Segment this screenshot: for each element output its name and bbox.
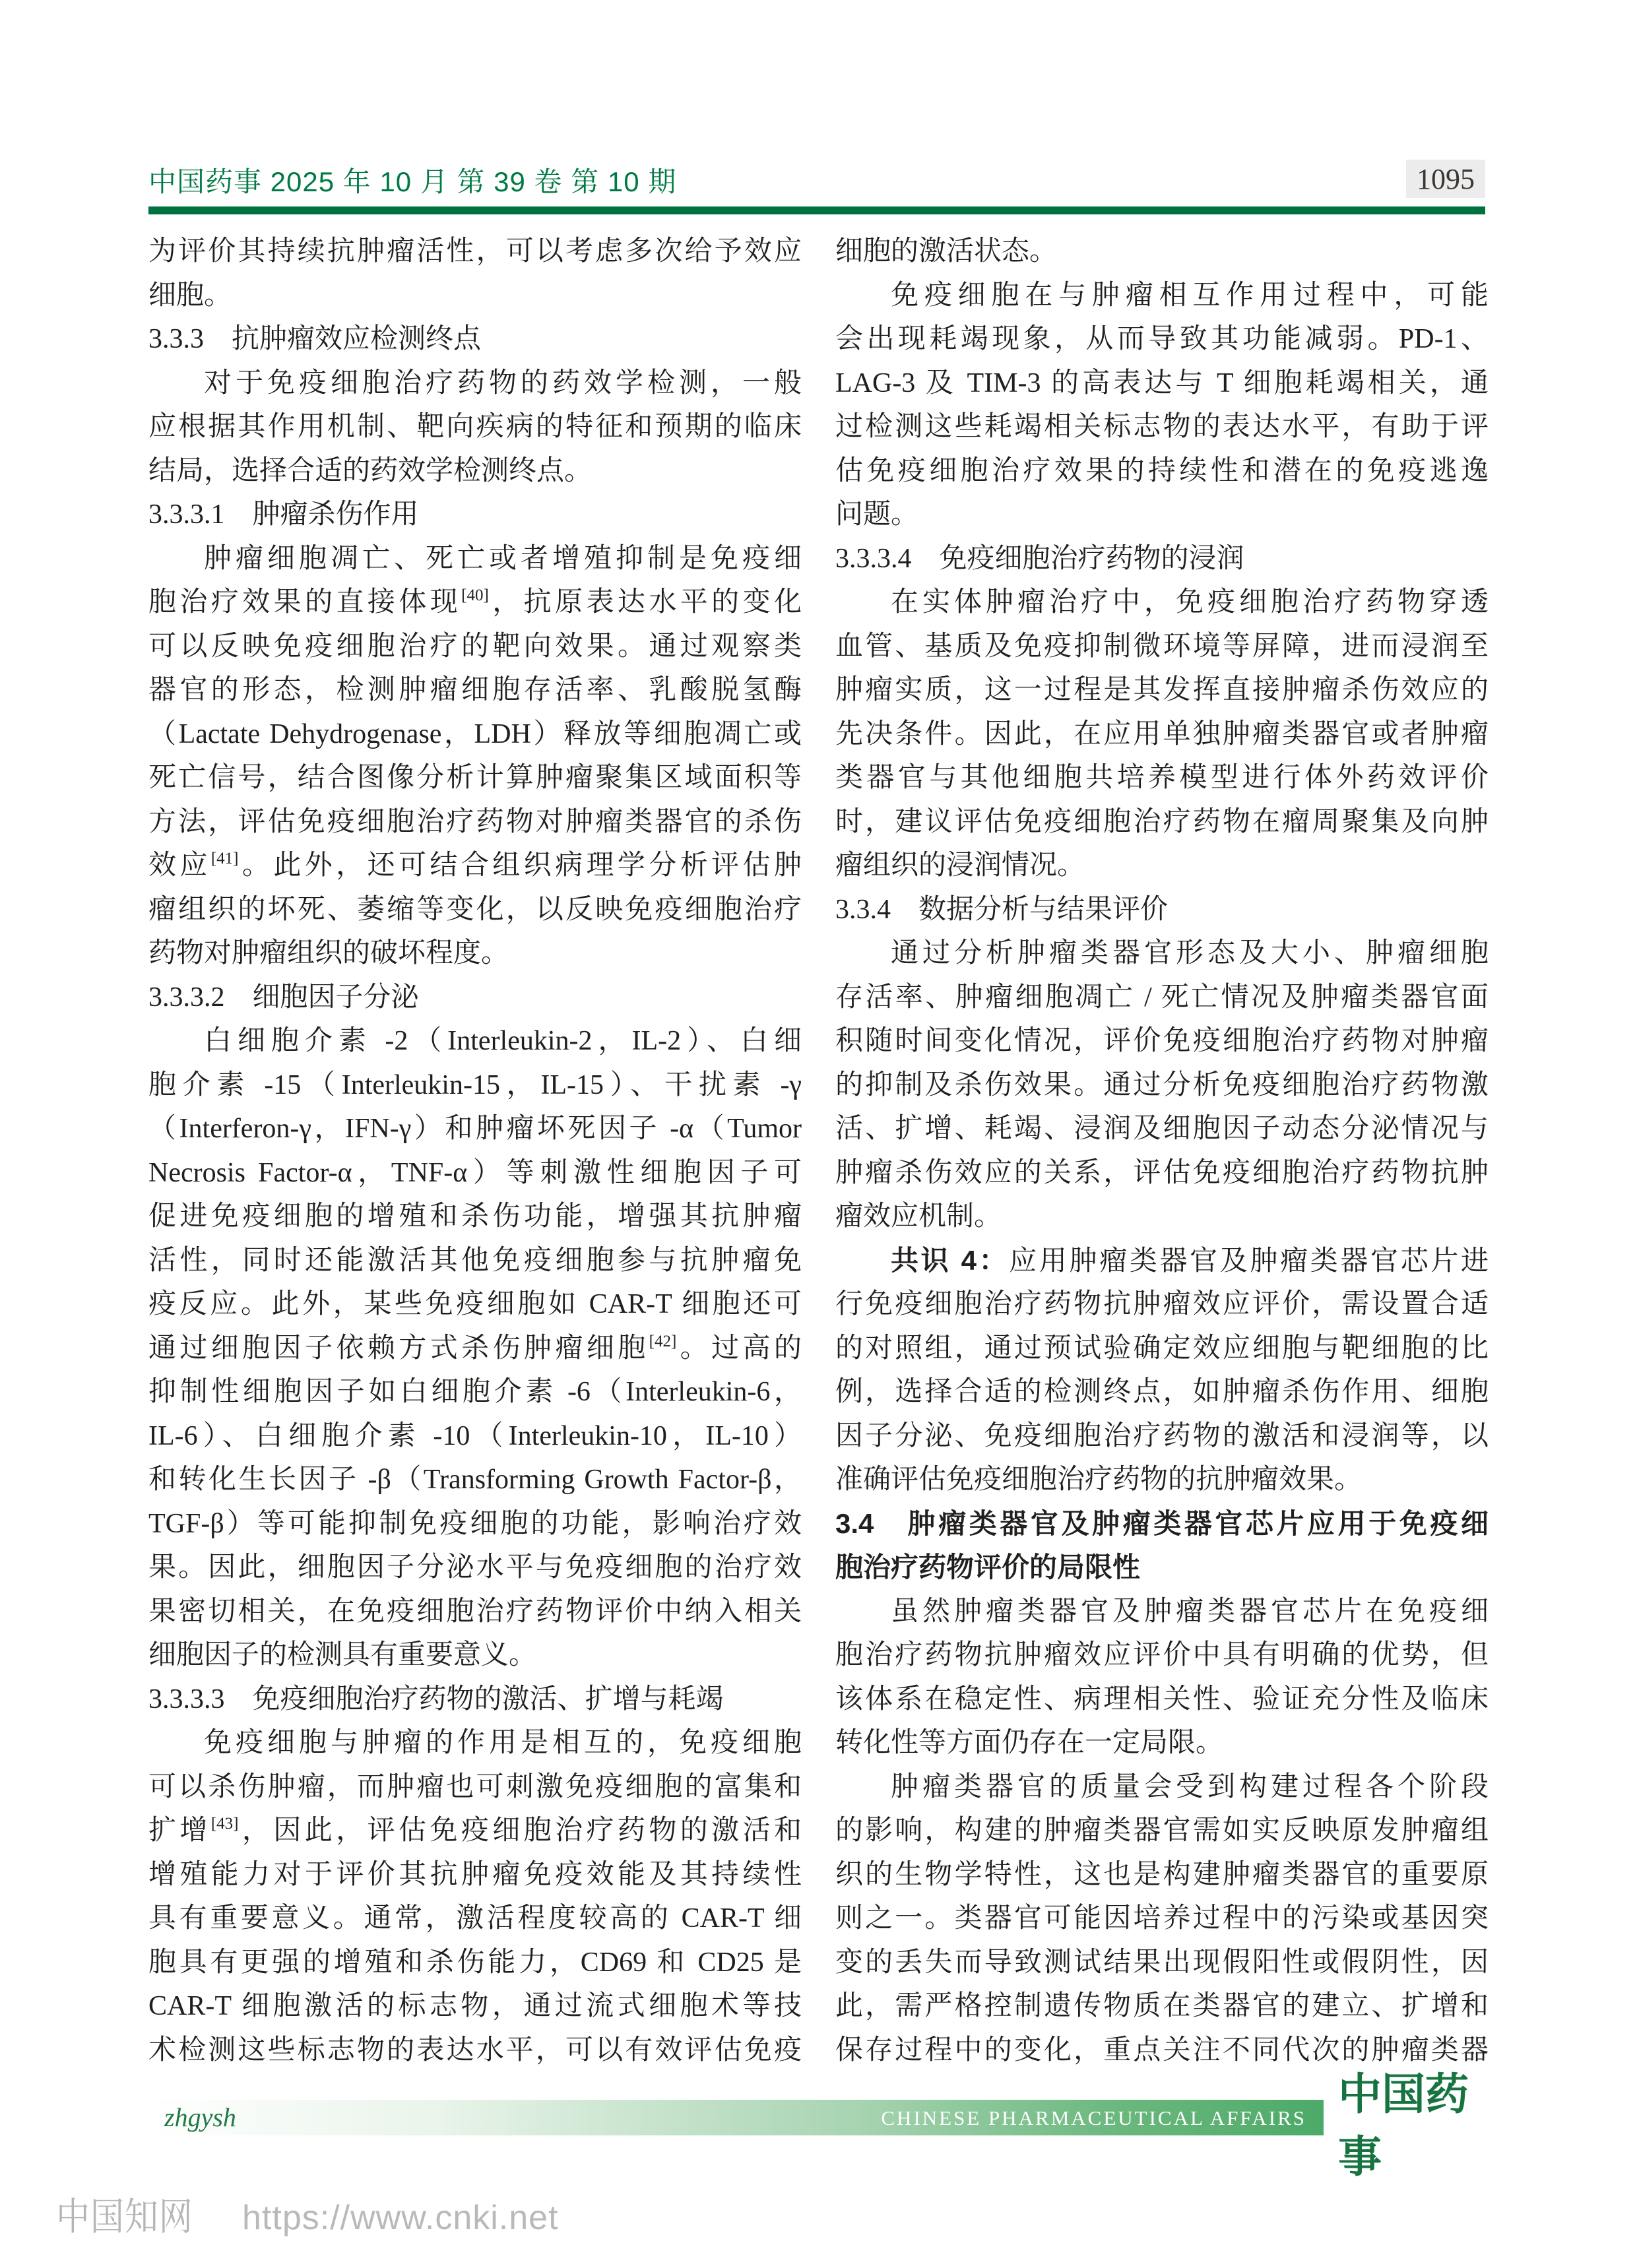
document-page: 中国药事 2025 年 10 月 第 39 卷 第 10 期 1095 为评价其… — [0, 0, 1637, 2268]
body-text-line: 过检测这些耗竭相关标志物的表达水平，有助于评 — [835, 405, 1489, 449]
body-text-line: （Interferon-γ，IFN-γ）和肿瘤坏死因子 -α（Tumor — [148, 1107, 802, 1151]
body-text-line: 肿瘤类器官的质量会受到构建过程各个阶段 — [835, 1765, 1489, 1810]
body-text-line: 因子分泌、免疫细胞治疗药物的激活和浸润等，以 — [835, 1414, 1489, 1459]
body-text-line: 药物对肿瘤组织的破坏程度。 — [148, 931, 802, 976]
body-text-line: 在实体肿瘤治疗中，免疫细胞治疗药物穿透 — [835, 581, 1489, 625]
cnki-watermark: 中国知网 https://www.cnki.net — [56, 2194, 559, 2242]
watermark-url: https://www.cnki.net — [242, 2194, 559, 2242]
body-text-line: 疫反应。此外，某些免疫细胞如 CAR-T 细胞还可 — [148, 1282, 802, 1327]
body-text-line: 通过分析肿瘤类器官形态及大小、肿瘤细胞 — [835, 931, 1489, 976]
journal-calligraphy-logo: 中国药事 — [1338, 2090, 1503, 2153]
body-text-line: 问题。 — [835, 493, 1489, 537]
citation-superscript: [42] — [649, 1333, 677, 1350]
body-text-line: 效应[41]。此外，还可结合组织病理学分析评估肿 — [148, 844, 802, 888]
section-heading-line: 胞治疗药物评价的局限性 — [835, 1546, 1489, 1590]
body-text-line: 类器官与其他细胞共培养模型进行体外药效评价 — [835, 756, 1489, 800]
citation-superscript: [40] — [461, 586, 489, 604]
body-text-line: 扩增[43]，因此，评估免疫细胞治疗药物的激活和 — [148, 1809, 802, 1853]
body-text-line: 会出现耗竭现象，从而导致其功能减弱。PD-1、 — [835, 317, 1489, 362]
section-heading-line: 3.3.4 数据分析与结果评价 — [835, 888, 1489, 932]
body-text-line: 此，需严格控制遗传物质在类器官的建立、扩增和 — [835, 1984, 1489, 2029]
footer-journal-name-en: CHINESE PHARMACEUTICAL AFFAIRS — [881, 2100, 1306, 2135]
body-text-line: 应根据其作用机制、靶向疾病的特征和预期的临床 — [148, 405, 802, 449]
body-text-line: 可以反映免疫细胞治疗的靶向效果。通过观察类 — [148, 625, 802, 669]
body-text-line: 积随时间变化情况，评价免疫细胞治疗药物对肿瘤 — [835, 1019, 1489, 1063]
body-text-line: 术检测这些标志物的表达水平，可以有效评估免疫 — [148, 2029, 802, 2073]
body-text-line: 肿瘤杀伤效应的关系，评估免疫细胞治疗药物抗肿 — [835, 1151, 1489, 1195]
body-text-line: 织的生物学特性，这也是构建肿瘤类器官的重要原 — [835, 1853, 1489, 1897]
footer-pinyin-text: zhgysh — [164, 2100, 236, 2135]
body-text-line: TGF-β）等可能抑制免疫细胞的功能，影响治疗效 — [148, 1502, 802, 1546]
body-text-line: 胞介素 -15（Interleukin-15，IL-15）、干扰素 -γ — [148, 1063, 802, 1108]
body-text-line: 增殖能力对于评价其抗肿瘤免疫效能及其持续性 — [148, 1853, 802, 1897]
watermark-site-name: 中国知网 — [56, 2194, 193, 2240]
body-text-line: 果。因此，细胞因子分泌水平与免疫细胞的治疗效 — [148, 1546, 802, 1590]
body-text-line: LAG-3 及 TIM-3 的高表达与 T 细胞耗竭相关，通 — [835, 362, 1489, 406]
body-text-line: 的抑制及杀伤效果。通过分析免疫细胞治疗药物激 — [835, 1063, 1489, 1108]
body-text-line: 瘤效应机制。 — [835, 1195, 1489, 1239]
body-text-line: 转化性等方面仍存在一定局限。 — [835, 1721, 1489, 1765]
body-text-line: 共识 4：应用肿瘤类器官及肿瘤类器官芯片进 — [835, 1239, 1489, 1283]
page-number: 1095 — [1417, 162, 1475, 196]
body-text-line: 细胞的激活状态。 — [835, 230, 1489, 274]
body-text-line: 白细胞介素 -2（Interleukin-2，IL-2）、白细 — [148, 1019, 802, 1063]
citation-superscript: [43] — [211, 1815, 239, 1833]
body-text-line: 方法，评估免疫细胞治疗药物对肿瘤类器官的杀伤 — [148, 800, 802, 844]
body-text-line: Necrosis Factor-α，TNF-α）等刺激性细胞因子可 — [148, 1151, 802, 1195]
body-text-line: 存活率、肿瘤细胞凋亡 / 死亡情况及肿瘤类器官面 — [835, 976, 1489, 1020]
body-text-line: 例，选择合适的检测终点，如肿瘤杀伤作用、细胞 — [835, 1370, 1489, 1414]
body-text-line: CAR-T 细胞激活的标志物，通过流式细胞术等技 — [148, 1984, 802, 2029]
body-text-line: 时，建议评估免疫细胞治疗药物在瘤周聚集及向肿 — [835, 800, 1489, 844]
body-text-line: IL-6）、白细胞介素 -10（Interleukin-10，IL-10） — [148, 1414, 802, 1459]
body-text-line: 细胞。 — [148, 274, 802, 318]
body-text-line: 活性，同时还能激活其他免疫细胞参与抗肿瘤免 — [148, 1239, 802, 1283]
journal-header-text: 中国药事 2025 年 10 月 第 39 卷 第 10 期 — [148, 162, 676, 202]
section-heading-line: 3.3.3.3 免疫细胞治疗药物的激活、扩增与耗竭 — [148, 1678, 802, 1722]
body-text-line: 虽然肿瘤类器官及肿瘤类器官芯片在免疫细 — [835, 1590, 1489, 1634]
body-text-line: 瘤组织的坏死、萎缩等变化，以反映免疫细胞治疗 — [148, 888, 802, 932]
body-text-line: 可以杀伤肿瘤，而肿瘤也可刺激免疫细胞的富集和 — [148, 1765, 802, 1810]
body-text-line: 细胞因子的检测具有重要意义。 — [148, 1633, 802, 1678]
body-text-line: 通过细胞因子依赖方式杀伤肿瘤细胞[42]。过高的 — [148, 1327, 802, 1371]
body-text-line: 死亡信号，结合图像分析计算肿瘤聚集区域面积等 — [148, 756, 802, 800]
body-text-line: 器官的形态，检测肿瘤细胞存活率、乳酸脱氢酶 — [148, 668, 802, 712]
body-text-line: 具有重要意义。通常，激活程度较高的 CAR-T 细 — [148, 1897, 802, 1941]
body-text-line: 估免疫细胞治疗效果的持续性和潜在的免疫逃逸 — [835, 449, 1489, 493]
body-text-line: 结局，选择合适的药效学检测终点。 — [148, 449, 802, 493]
section-heading-line: 3.3.3 抗肿瘤效应检测终点 — [148, 317, 802, 362]
body-text-line: 变的丢失而导致测试结果出现假阳性或假阴性，因 — [835, 1941, 1489, 1985]
body-text-line: 胞治疗效果的直接体现[40]，抗原表达水平的变化 — [148, 581, 802, 625]
page-number-badge: 1095 — [1406, 160, 1485, 198]
body-text-line: 促进免疫细胞的增殖和杀伤功能，增强其抗肿瘤 — [148, 1195, 802, 1239]
body-text-line: 果密切相关，在免疫细胞治疗药物评价中纳入相关 — [148, 1590, 802, 1634]
section-heading-line: 3.3.3.2 细胞因子分泌 — [148, 976, 802, 1020]
header-rule-divider — [148, 206, 1485, 214]
section-heading-line: 3.3.3.1 肿瘤杀伤作用 — [148, 493, 802, 537]
body-text-line: 和转化生长因子 -β（Transforming Growth Factor-β， — [148, 1458, 802, 1502]
body-text-line: 该体系在稳定性、病理相关性、验证充分性及临床 — [835, 1678, 1489, 1722]
section-heading-line: 3.3.3.4 免疫细胞治疗药物的浸润 — [835, 537, 1489, 581]
body-text-line: 抑制性细胞因子如白细胞介素 -6（Interleukin-6， — [148, 1370, 802, 1414]
body-text-line: 活、扩增、耗竭、浸润及细胞因子动态分泌情况与 — [835, 1107, 1489, 1151]
body-text-line: 瘤组织的浸润情况。 — [835, 844, 1489, 888]
body-text-line: 胞治疗药物抗肿瘤效应评价中具有明确的优势，但 — [835, 1633, 1489, 1678]
body-text-line: 肿瘤实质，这一过程是其发挥直接肿瘤杀伤效应的 — [835, 668, 1489, 712]
body-text-line: 的对照组，通过预试验确定效应细胞与靶细胞的比 — [835, 1327, 1489, 1371]
body-text-line: 血管、基质及免疫抑制微环境等屏障，进而浸润至 — [835, 625, 1489, 669]
body-text-line: 先决条件。因此，在应用单独肿瘤类器官或者肿瘤 — [835, 712, 1489, 757]
body-text-line: 免疫细胞在与肿瘤相互作用过程中，可能 — [835, 274, 1489, 318]
body-text-line: 则之一。类器官可能因培养过程中的污染或基因突 — [835, 1897, 1489, 1941]
text-column-right: 细胞的激活状态。免疫细胞在与肿瘤相互作用过程中，可能会出现耗竭现象，从而导致其功… — [835, 230, 1489, 2072]
citation-superscript: [41] — [211, 850, 239, 867]
body-text-line: 对于免疫细胞治疗药物的药效学检测，一般 — [148, 362, 802, 406]
body-text-line: （Lactate Dehydrogenase，LDH）释放等细胞凋亡或 — [148, 712, 802, 757]
body-text-line: 为评价其持续抗肿瘤活性，可以考虑多次给予效应 — [148, 230, 802, 274]
footer-bar: zhgysh CHINESE PHARMACEUTICAL AFFAIRS — [148, 2100, 1324, 2135]
body-text-line: 的影响，构建的肿瘤类器官需如实反映原发肿瘤组 — [835, 1809, 1489, 1853]
body-text-line: 胞具有更强的增殖和杀伤能力，CD69 和 CD25 是 — [148, 1941, 802, 1985]
body-text-line: 行免疫细胞治疗药物抗肿瘤效应评价，需设置合适 — [835, 1282, 1489, 1327]
body-text-line: 肿瘤细胞凋亡、死亡或者增殖抑制是免疫细 — [148, 537, 802, 581]
section-heading-line: 3.4 肿瘤类器官及肿瘤类器官芯片应用于免疫细 — [835, 1502, 1489, 1546]
text-column-left: 为评价其持续抗肿瘤活性，可以考虑多次给予效应细胞。3.3.3 抗肿瘤效应检测终点… — [148, 230, 802, 2072]
body-text-line: 免疫细胞与肿瘤的作用是相互的，免疫细胞 — [148, 1721, 802, 1765]
body-text-line: 准确评估免疫细胞治疗药物的抗肿瘤效果。 — [835, 1458, 1489, 1502]
